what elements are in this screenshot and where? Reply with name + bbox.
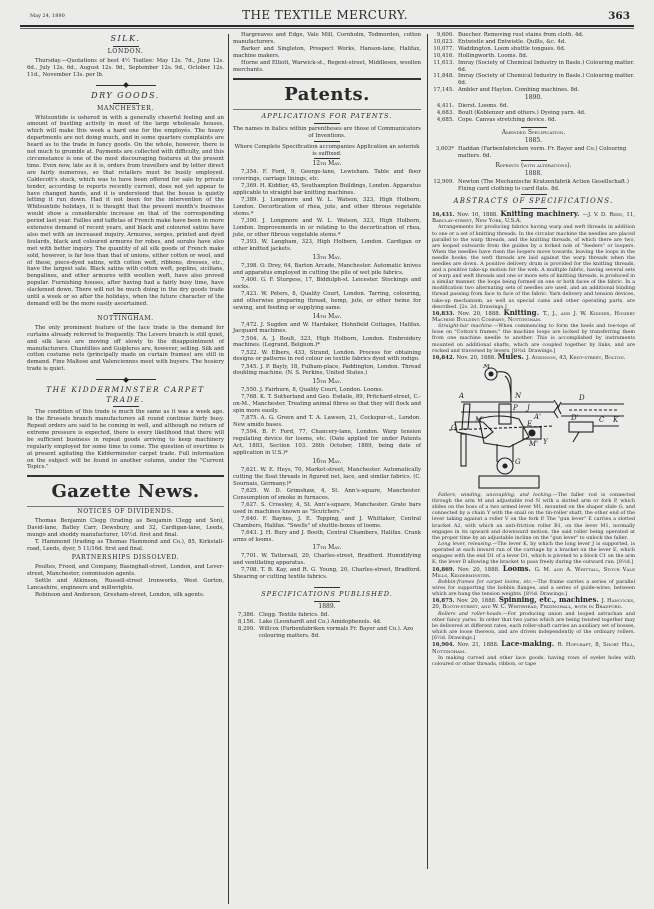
short-rule [113, 46, 139, 47]
patent-applications-list: 12th May.7,354. F. Ford, 9, George-lane,… [233, 161, 421, 581]
svg-text:G: G [515, 458, 521, 466]
short-rule [314, 141, 340, 142]
year-heading: 1890. [432, 95, 635, 102]
specification-entry: 10,077.Waddington. Loom shuttle tongues.… [432, 46, 635, 53]
specification-number: 4,683. [432, 110, 454, 117]
specification-number: 10,023. [432, 39, 454, 46]
year-heading: 1885. [432, 138, 635, 145]
abstract-heading: 16,904. Nov. 21, 1888. Lace-making. R. H… [432, 641, 635, 654]
patent-application: 7,875. A. G. Green and T. A. Lawson, 21,… [233, 415, 421, 429]
specification-text: Lake (Leonhardt and Co.) Amidophenols. 4… [259, 619, 421, 626]
reprints-heading: Reprints (with alterations). [432, 163, 635, 170]
applications-heading: APPLICATIONS FOR PATENTS. [233, 112, 421, 121]
ornament-rule [96, 85, 156, 86]
specification-text: Dierst. Looms. 6d. [458, 103, 635, 110]
patent-application: 7,545. J. P. Bayly, 18, Fulham-place, Pa… [233, 364, 421, 378]
amended-heading: Amended Specification. [432, 130, 635, 137]
masthead-rule-thin [20, 28, 634, 29]
specification-number: 4,685. [432, 117, 454, 124]
short-rule [314, 601, 340, 602]
masthead-rule [20, 25, 634, 27]
specification-number: 7,386. [233, 612, 255, 619]
specification-text: Newton (The Mechanische Kratzenfabrik Ac… [458, 179, 635, 193]
svg-text:D: D [578, 394, 585, 402]
abstract-subject: Rollers and roller-heads. [438, 611, 503, 617]
date-heading: 15th May. [233, 379, 421, 386]
asterisk-note: Where Complete Specification accompanies… [233, 144, 421, 158]
short-rule [113, 406, 139, 407]
section-rule [27, 475, 224, 477]
abstract-date: Nov. 20, 1888. [456, 355, 497, 361]
partnership-notice: Horne and Elliott, Warwick-st., Regent-s… [233, 60, 421, 74]
abstract-subject: Fallers, winding, uncoupling, and lockin… [438, 492, 553, 498]
section-heading-silk: SILK. [27, 34, 224, 44]
abstract-heading: 16,869. Nov. 20, 1888. Looms. G. M. and … [432, 566, 635, 579]
section-rule [27, 506, 224, 507]
kidderminster-report: The condition of this trade is much the … [27, 409, 224, 471]
abstract-heading: 16,431. Nov. 10, 1888. Knitting machiner… [432, 211, 635, 224]
patent-application: 7,354. F. Ford, 9, George-lane, Lewisham… [233, 169, 421, 183]
abstract-title: Knitting. [504, 308, 543, 317]
svg-text:M': M' [474, 416, 484, 424]
abstract-title: Mules. [498, 352, 527, 361]
abstract-number: 16,842. [432, 355, 456, 361]
short-rule [521, 160, 547, 161]
patent-application: 7,390. J. Longmore and W. L. Watson, 323… [233, 218, 421, 239]
specification-entry: 8,299.Willcox (Farbenfabriken vormals Fr… [233, 626, 421, 640]
patent-application: 7,389. J. Longmore and W. L. Watson, 323… [233, 197, 421, 218]
svg-text:J: J [525, 404, 531, 412]
column-divider [427, 34, 428, 869]
abstract-heading: 16,842. Nov. 20, 1888. Mules. J. Atkinso… [432, 354, 635, 361]
abstract-body: Arrangements for producing fabrics havin… [432, 224, 635, 309]
svg-text:Y: Y [543, 438, 549, 446]
subheading-london: LONDON. [27, 49, 224, 56]
short-rule [314, 587, 340, 588]
short-rule [113, 103, 139, 104]
specification-text: Hollingworth. Looms. 8d. [458, 53, 635, 60]
specification-number: 8,299. [233, 626, 255, 640]
specification-entry: 9,600.Buecher. Removing rust stains from… [432, 32, 635, 39]
short-rule [521, 127, 547, 128]
svg-text:C: C [599, 416, 605, 424]
abstract-body: Rollers and roller-heads.—For producing … [432, 611, 635, 641]
specification-text: Ambler and Hayton. Combing machines. 8d. [458, 87, 635, 94]
abstract-number: 16,833. [432, 311, 458, 317]
abstract-text: In making curved and other lace goods, h… [432, 655, 635, 667]
abstract-body: Straight-bar machine.—When commencing to… [432, 323, 635, 353]
date-heading: 13th May. [233, 255, 421, 262]
partnership-notice: Barker and Singleton, Prospect Works, Ha… [233, 46, 421, 60]
specification-text: Entwistle and Entwistle. Quilts, &c. 4d. [458, 39, 635, 46]
specification-text: Willcox (Farbenfabriken vormals Fr. Baye… [259, 626, 421, 640]
abstract-title: Lace-making. [501, 639, 557, 648]
svg-text:G: G [451, 424, 457, 432]
patent-application: 7,627. S. Crossley, 4, St. Ann's-square,… [233, 502, 421, 516]
year-heading: 1888. [432, 171, 635, 178]
short-rule [314, 158, 340, 159]
abstract-applicant: J. Atkinson, 43, Kent-street, Bolton. [526, 355, 625, 361]
section-heading-kidderminster: THE KIDDERMINSTER CARPET TRADE. [27, 385, 224, 404]
specifications-list: 4,411.Dierst. Looms. 6d.4,683.Boult (Kob… [432, 103, 635, 124]
patent-application: 7,369. H. Kiddier, 45, Southampton Build… [233, 183, 421, 197]
abstract-title: Spinning, etc., machines. [499, 595, 602, 604]
specification-entry: 17,145.Ambler and Hayton. Combing machin… [432, 87, 635, 94]
abstracts-list: 16,431. Nov. 10, 1888. Knitting machiner… [432, 211, 635, 667]
specification-entry: 4,683.Boult (Koblenzer and others.) Dyei… [432, 110, 635, 117]
newspaper-page: May 24, 1890 THE TEXTILE MERCURY. 363 SI… [0, 0, 654, 909]
patent-application: 7,393. W. Langham, 323, High Holborn, Lo… [233, 239, 421, 253]
page-number: 363 [608, 9, 630, 23]
abstract-date: Nov. 20, 1888. [458, 567, 503, 573]
date-heading: 17th May. [233, 545, 421, 552]
specifications-published-heading: SPECIFICATIONS PUBLISHED. [233, 590, 421, 599]
specification-number: 3,603* [432, 146, 454, 160]
specification-number: 12,909. [432, 179, 454, 193]
specification-number: 8,156. [233, 619, 255, 626]
ornament-rule [96, 379, 156, 380]
specification-number: 4,411. [432, 103, 454, 110]
specification-entry: 10,416.Hollingworth. Looms. 8d. [432, 53, 635, 60]
partnerships-heading: PARTNERSHIPS DISSOLVED. [27, 555, 224, 562]
svg-text:A: A [458, 392, 464, 400]
patent-application: 7,708. T. B. Kay, and R. G. Young, 20, C… [233, 567, 421, 581]
patent-application: 7,400. G. F. Sturgess, 17, Biddulph-st. … [233, 277, 421, 291]
patent-application: 7,640. F. Baynes, J. E. Topping, and J. … [233, 516, 421, 530]
abstract-text: Arrangements for producing fabrics havin… [432, 224, 635, 309]
specifications-list: 9,600.Buecher. Removing rust stains from… [432, 32, 635, 94]
patent-application: 7,621. W. E. Heys, 70, Market-street, Ma… [233, 467, 421, 488]
patent-application: 7,594. B. F. Ford, 77, Chancery-lane, Lo… [233, 429, 421, 457]
abstract-date: Nov. 20, 1888. [457, 598, 499, 604]
patent-application: 7,398. O. Drey, 64, Barton Arcade, Manch… [233, 263, 421, 277]
svg-text:A': A' [533, 413, 541, 421]
nottingham-report: The only prominent feature of the lace t… [27, 325, 224, 373]
patent-application: 7,423. W. Peters, 8, Quality Court, Lond… [233, 291, 421, 312]
specification-entry: 4,411.Dierst. Looms. 6d. [432, 103, 635, 110]
partnership-notice: Poultes, Frood, and Company, Basinghall-… [27, 564, 224, 578]
abstract-subject: Straight-bar machine. [438, 323, 493, 329]
svg-text:E: E [526, 420, 532, 428]
svg-text:K: K [612, 416, 619, 424]
year-heading: 1889. [233, 604, 421, 611]
dividends-heading: NOTICES OF DIVIDENDS. [27, 509, 224, 516]
specification-entry: 4,685.Cope. Canvas stretching device. 6d… [432, 117, 635, 124]
partnership-notice: Hargreaves and Edge, Vale Mill, Cornholm… [233, 32, 421, 46]
specification-text: Imray (Society of Chemical Industry in B… [458, 73, 635, 87]
short-rule [113, 313, 139, 314]
specification-entry: 11,848.Imray (Society of Chemical Indust… [432, 73, 635, 87]
specification-entry: 3,603*Haddan (Farbenfabricken vorm. Fr. … [432, 146, 635, 160]
abstract-date: Nov. 10, 1888. [457, 212, 500, 218]
specification-number: 9,600. [432, 32, 454, 39]
patent-application: 7,701. W. Tattersall, 20, Charles-street… [233, 553, 421, 567]
svg-text:P: P [512, 404, 518, 412]
abstract-body: Fallers, winding, uncoupling, and lockin… [432, 492, 635, 541]
partnership-notice: Robinson and Anderson, Gresham-street, L… [27, 592, 224, 599]
patent-application: 7,504. A. J. Boult, 323, High Holborn, L… [233, 336, 421, 350]
patent-application: 7,768. K. T. Sutherland and Geo. Esdaile… [233, 394, 421, 415]
specification-entry: 11,613.Imray (Society of Chemical Indust… [432, 60, 635, 74]
date-heading: 12th May. [233, 161, 421, 168]
column-1: SILK. LONDON. Thursday.—Quotations of be… [27, 32, 224, 599]
column-2: Hargreaves and Edge, Vale Mill, Cornholm… [233, 32, 421, 640]
gazette-news-heading: Gazette News. [27, 480, 224, 504]
abstract-subject: Bobbin-frames for carpet looms, etc. [438, 579, 533, 585]
italics-note: The names in italics within parentheses … [233, 126, 421, 140]
specification-number: 10,416. [432, 53, 454, 60]
mule-faller-diagram: MANPDJA'M'EGD'CKYM'G [439, 364, 629, 490]
dividend-notice: T. Hammond (trading as Thomas Hammond an… [27, 539, 224, 553]
specifications-list: 12,909.Newton (The Mechanische Kratzenfa… [432, 179, 635, 193]
short-rule [521, 194, 547, 195]
partnership-notice: Settle and Atkinson, Russell-street Iron… [27, 578, 224, 592]
dividend-notice: Thomas Benjamin Clegg (trading as Benjam… [27, 518, 224, 539]
abstract-title: Knitting machinery. [500, 209, 582, 218]
svg-text:M': M' [528, 440, 538, 448]
abstract-body: In making curved and other lace goods, h… [432, 655, 635, 667]
svg-text:D': D' [570, 414, 579, 422]
specification-entry: 7,386.Clegg. Textile fabrics. 8d. [233, 612, 421, 619]
specifications-list: 3,603*Haddan (Farbenfabricken vorm. Fr. … [432, 146, 635, 160]
section-heading-dry-goods: DRY GOODS. [27, 91, 224, 101]
date-heading: 16th May. [233, 459, 421, 466]
specification-entry: 10,023.Entwistle and Entwistle. Quilts, … [432, 39, 635, 46]
abstract-heading: 16,833. Nov. 20, 1888. Knitting. T., J.,… [432, 310, 635, 323]
abstract-body: Long lever, releasing.—The lever K, by w… [432, 541, 635, 565]
abstract-subject: Long lever, releasing. [438, 541, 492, 547]
abstracts-heading: ABSTRACTS OF SPECIFICATIONS. [432, 197, 635, 206]
specification-number: 10,077. [432, 46, 454, 53]
patents-heading: Patents. [233, 83, 421, 107]
svg-text:M: M [482, 364, 491, 370]
masthead: May 24, 1890 THE TEXTILE MERCURY. 363 [20, 6, 630, 26]
specifications-list: 7,386.Clegg. Textile fabrics. 8d.8,156.L… [233, 612, 421, 640]
abstract-date: Nov. 21, 1888. [457, 642, 501, 648]
newspaper-title: THE TEXTILE MERCURY. [20, 7, 630, 23]
column-3: 9,600.Buecher. Removing rust stains from… [432, 32, 635, 667]
section-rule [233, 78, 421, 80]
abstract-date: Nov. 20, 1888. [458, 311, 504, 317]
dry-goods-report: Whitsuntide is ushered in with a general… [27, 115, 224, 308]
specification-text: Haddan (Farbenfabricken vorm. Fr. Bayer … [458, 146, 635, 160]
abstract-number: 16,869. [432, 567, 458, 573]
specification-number: 11,848. [432, 73, 454, 87]
patent-application: 7,522. W. Elbers, 433, Strand, London. P… [233, 350, 421, 364]
patent-application: 7,472. J. Sugden and W. Hardaker, Hohnfi… [233, 322, 421, 336]
abstract-text: —The faller rod is connected through the… [432, 492, 635, 541]
specification-text: Buecher. Removing rust stains from cloth… [458, 32, 635, 39]
abstract-title: Looms. [503, 564, 535, 573]
abstract-heading: 16,875. Nov. 20, 1888. Spinning, etc., m… [432, 597, 635, 610]
subheading-manchester: MANCHESTER. [27, 106, 224, 113]
short-rule [314, 123, 340, 124]
specification-text: Boult (Koblenzer and others.) Dyeing yar… [458, 110, 635, 117]
section-rule [233, 109, 421, 110]
abstract-number: 16,904. [432, 642, 457, 648]
abstract-number: 16,875. [432, 598, 457, 604]
specification-entry: 8,156.Lake (Leonhardt and Co.) Amidophen… [233, 619, 421, 626]
patent-application: 7,550. J. Fairburn, 8, Quality Court, Lo… [233, 387, 421, 394]
abstract-number: 16,431. [432, 212, 457, 218]
specification-entry: 12,909.Newton (The Mechanische Kratzenfa… [432, 179, 635, 193]
patent-application: 7,643. J. H. Bury and J. Booth, Central … [233, 530, 421, 544]
specification-text: Clegg. Textile fabrics. 8d. [259, 612, 421, 619]
subheading-nottingham: NOTTINGHAM. [27, 316, 224, 323]
specification-text: Waddington. Loom shuttle tongues. 6d. [458, 46, 635, 53]
patent-application: 7,625. W. D. Grimshaw, 4, St. Ann's-squa… [233, 488, 421, 502]
specification-text: Cope. Canvas stretching device. 6d. [458, 117, 635, 124]
specification-number: 11,613. [432, 60, 454, 74]
specification-number: 17,145. [432, 87, 454, 94]
column-divider [228, 34, 229, 904]
svg-text:N: N [514, 392, 522, 400]
silk-report: Thursday.—Quotations of best 4½ Tsatlee:… [27, 58, 224, 79]
specification-text: Imray (Society of Chemical Industry in B… [458, 60, 635, 74]
date-heading: 14th May. [233, 314, 421, 321]
